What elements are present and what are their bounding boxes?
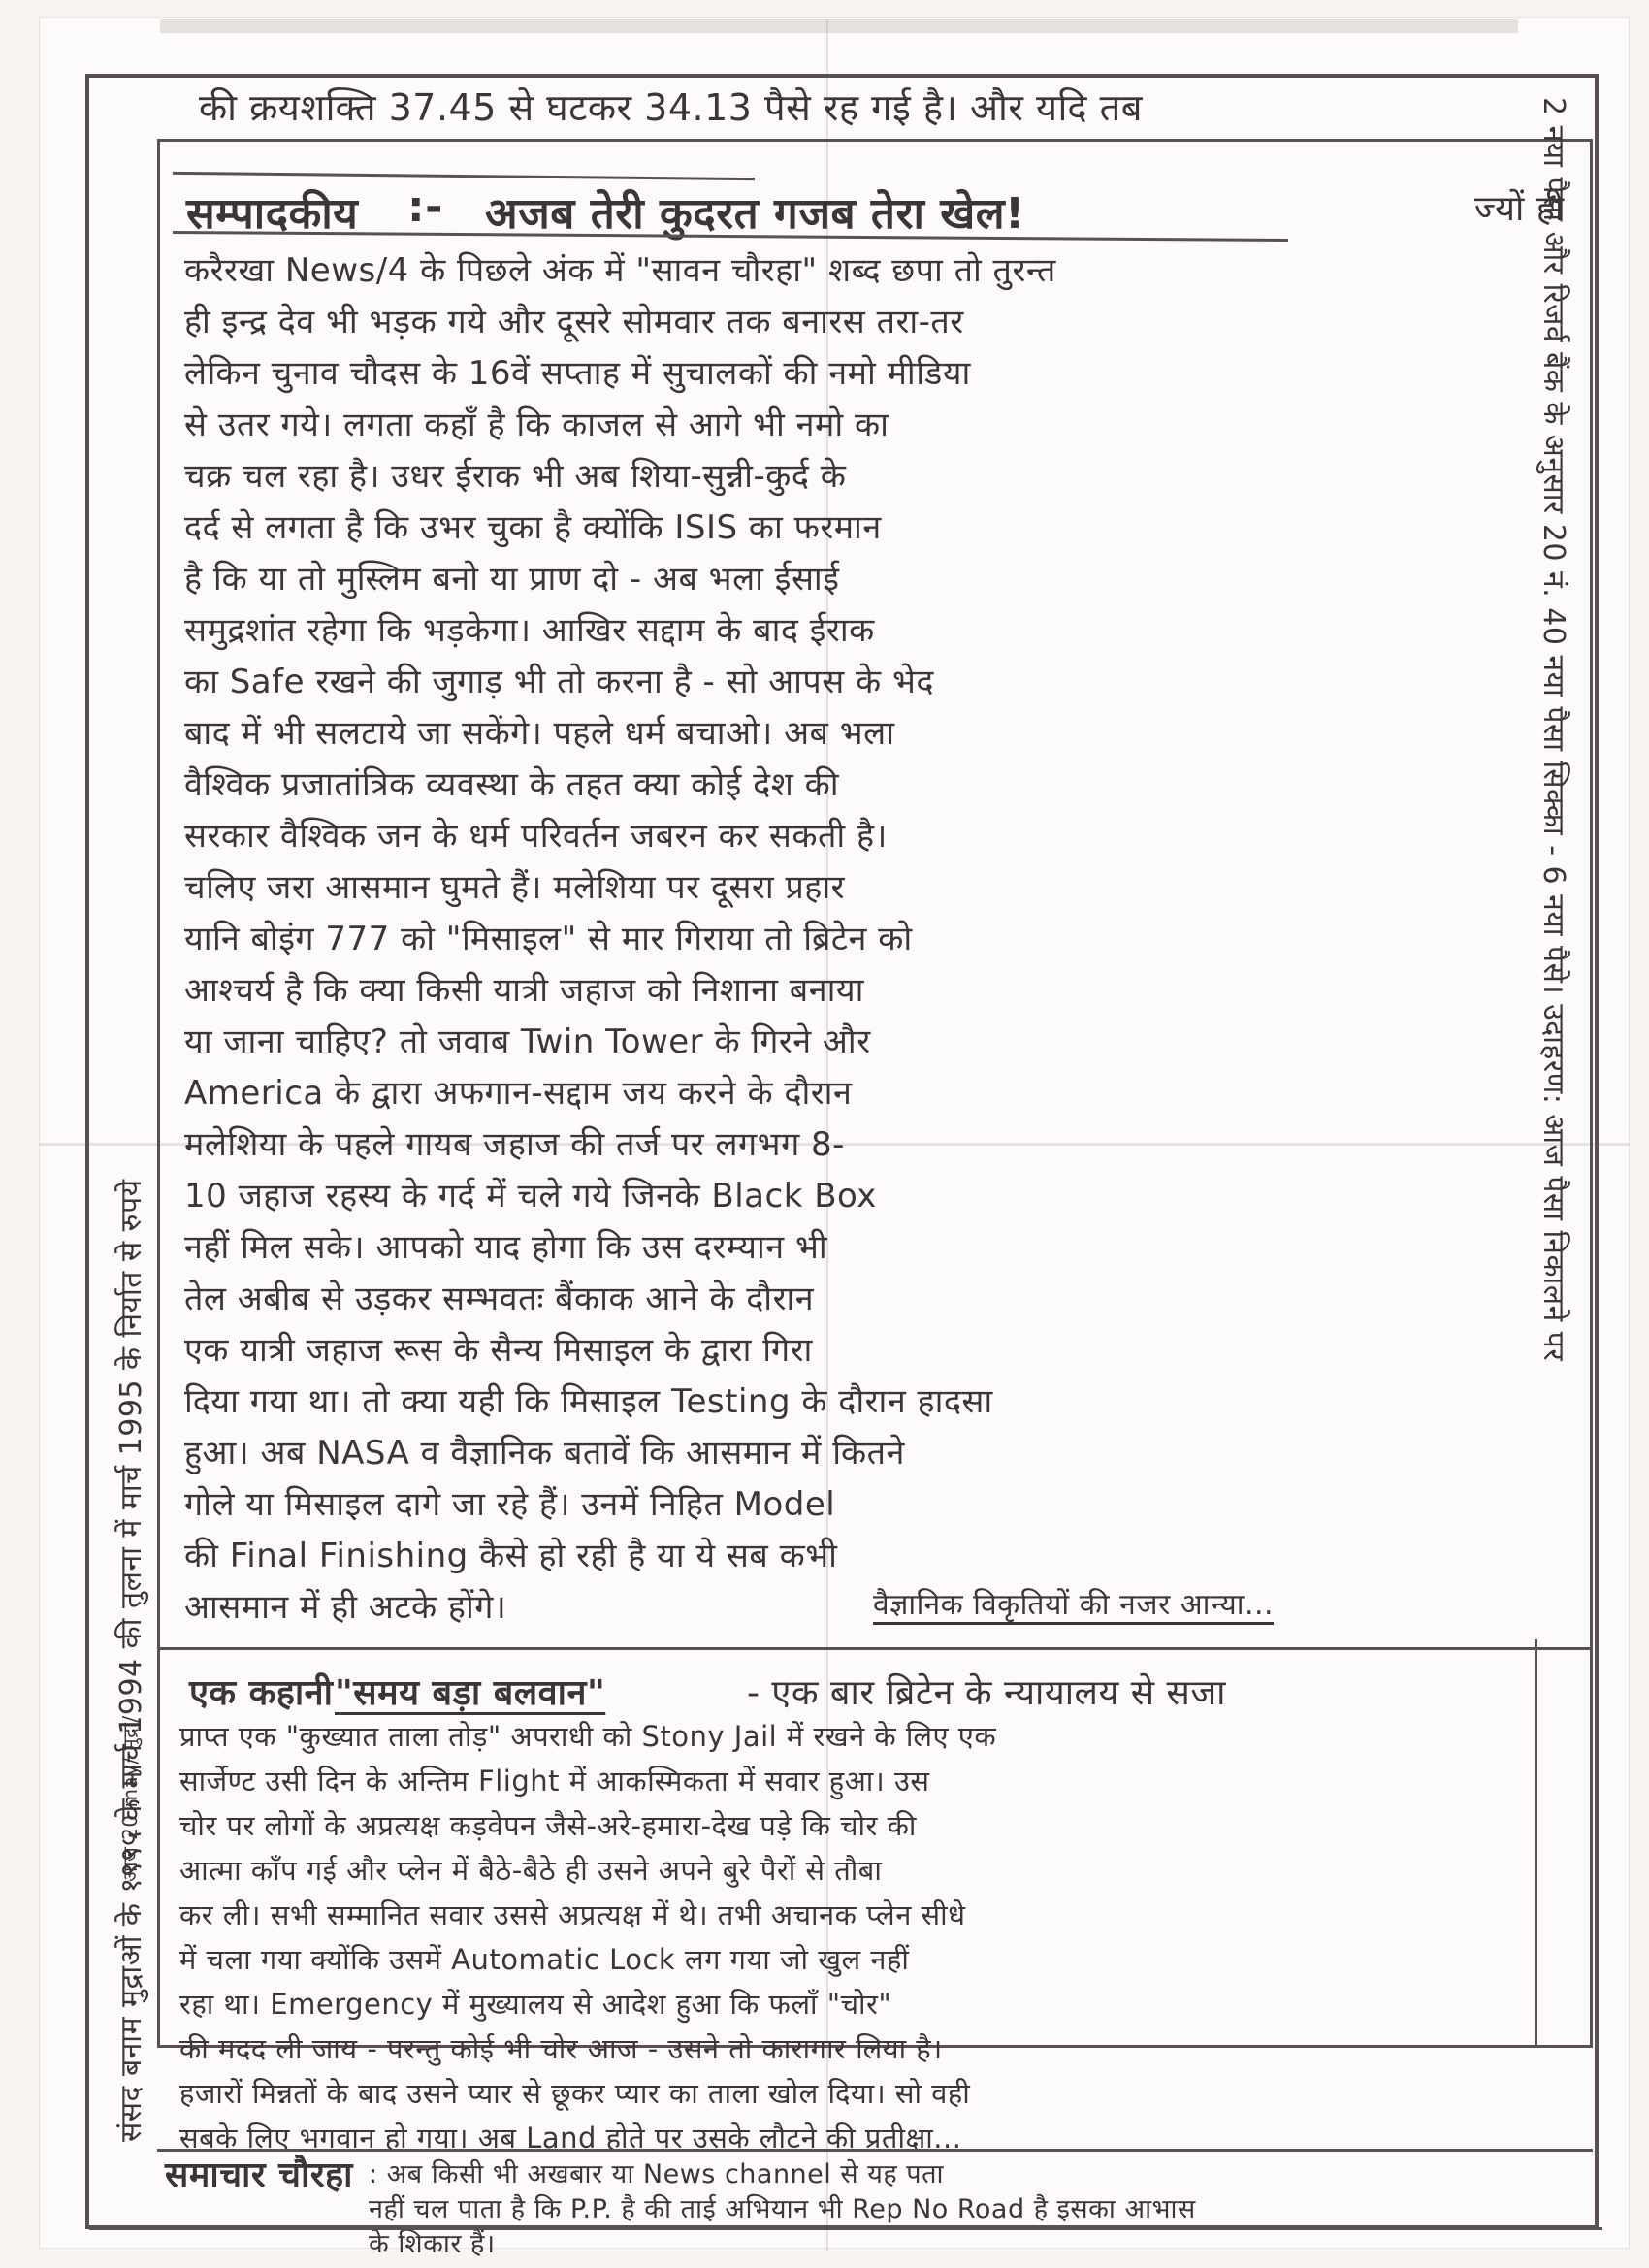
story-heading: एक कहानी [189,1676,333,1711]
text-line: नहीं चल पाता है कि P.P. है की ताई अभियान… [369,2196,1196,2222]
text-line: का Safe रखने की जुगाड़ भी तो करना है - स… [184,665,934,698]
right-margin-divider [1535,1639,1537,2047]
text-line: की Final Finishing कैसे हो रही है या ये … [184,1539,837,1572]
text-line: एक यात्री जहाज रूस के सैन्य मिसाइल के द्… [184,1334,813,1367]
text-line: दर्द से लगता है कि उभर चुका है क्योंकि I… [184,511,882,544]
text-line: हजारों मिन्नतों के बाद उसने प्यार से छूक… [179,2080,970,2108]
text-line: की मदद ली जाय - परन्तु कोई भी चोर आज - उ… [179,2035,943,2063]
news-rule-top [157,2149,1593,2152]
left-margin-text: संसद बनाम मुद्राओं के १९९५ के मार्च 1994… [110,1179,149,2142]
text-line: रहा था। Emergency में मुख्यालय से आदेश ह… [179,1991,891,2019]
text-line: चक्र चल रहा है। उधर ईराक भी अब शिया-सुन्… [184,460,846,493]
text-line: आत्मा काँप गई और प्लेन में बैठे-बैठे ही … [179,1857,882,1885]
text-line: दिया गया था। तो क्या यही कि मिसाइल Testi… [184,1385,993,1418]
editorial-closing: वैज्ञानिक विकृतियों की नजर आन्या... [873,1591,1274,1620]
text-line: मलेशिया के पहले गायब जहाज की तर्ज पर लगभ… [184,1128,845,1161]
editorial-title: अजब तेरी कुदरत गजब तेरा खेल! [485,182,1025,241]
text-line: या जाना चाहिए? तो जवाब Twin Tower के गिर… [184,1025,871,1058]
text-line: सार्जेण्ट उसी दिन के अन्तिम Flight में आ… [179,1767,929,1796]
text-line: के शिकार हैं। [369,2231,496,2257]
text-line: आश्चर्य है कि क्या किसी यात्री जहाज को न… [184,974,864,1007]
editorial-separator: :- [407,182,443,232]
news-heading: समाचार चौरहा [165,2158,353,2193]
tape-strip [160,19,1518,33]
text-line: ही इन्द्र देव भी भड़क गये और दूसरे सोमवा… [184,306,964,339]
text-line: चोर पर लोगों के अप्रत्यक्ष कड़वेपन जैसे-… [179,1812,917,1840]
text-line: लेकिन चुनाव चौदस के 16वें सप्ताह में सुच… [184,357,971,390]
text-line: : अब किसी भी अखबार या News channel से यह… [369,2161,944,2187]
text-line: बाद में भी सलटाये जा सकेंगे। पहले धर्म ब… [184,717,895,750]
left-margin-note: आज 20 may/ मुद्रा/ [116,1715,143,1882]
header-strip-text: की क्रयशक्ति 37.45 से घटकर 34.13 पैसे रह… [199,89,1143,126]
text-line: करैरखा News/4 के पिछले अंक में "सावन चौर… [184,254,1056,287]
text-line: आसमान में ही अटके होंगे। [184,1591,506,1624]
text-line: है कि या तो मुस्लिम बनो या प्राण दो - अब… [184,563,839,596]
text-line: वैश्विक प्रजातांत्रिक व्यवस्था के तहत क्… [184,768,839,801]
text-line: कर ली। सभी सम्मानित सवार उससे अप्रत्यक्ष… [179,1901,965,1929]
text-line: तेल अबीब से उड़कर सम्भवतः बैंकाक आने के … [184,1282,814,1315]
right-margin-text: 2 नया पैसा और रिजर्व बैंक के अनुसार 20 न… [1536,97,1575,1361]
text-line: हुआ। अब NASA व वैज्ञानिक बतावें कि आसमान… [184,1437,905,1470]
text-line: यानि बोइंग 777 को "मिसाइल" से मार गिराया… [184,923,913,956]
text-line: सरकार वैश्विक जन के धर्म परिवर्तन जबरन क… [184,820,888,853]
text-line: में चला गया क्योंकि उसमें Automatic Lock… [179,1946,909,1974]
section-divider [160,1647,1591,1650]
text-line: समुद्रशांत रहेगा कि भड़केगा। आखिर सद्दाम… [184,614,875,647]
text-line: प्राप्त एक "कुख्यात ताला तोड़" अपराधी को… [179,1723,996,1751]
text-line: नहीं मिल सके। आपको याद होगा कि उस दरम्या… [184,1231,827,1264]
text-line: America के द्वारा अफगान-सद्दाम जय करने क… [184,1077,852,1110]
news-rule-bottom [89,2227,1602,2230]
text-line: 10 जहाज रहस्य के गर्द में चले गये जिनके … [184,1180,877,1213]
story-lead: - एक बार ब्रिटेन के न्यायालय से सजा [747,1676,1226,1711]
text-line: चलिए जरा आसमान घुमते हैं। मलेशिया पर दूस… [184,871,845,904]
story-title: "समय बड़ा बलवान" [335,1676,605,1711]
text-line: से उतर गये। लगता कहाँ है कि काजल से आगे … [184,408,889,441]
text-line: गोले या मिसाइल दागे जा रहे हैं। उनमें नि… [184,1488,835,1521]
